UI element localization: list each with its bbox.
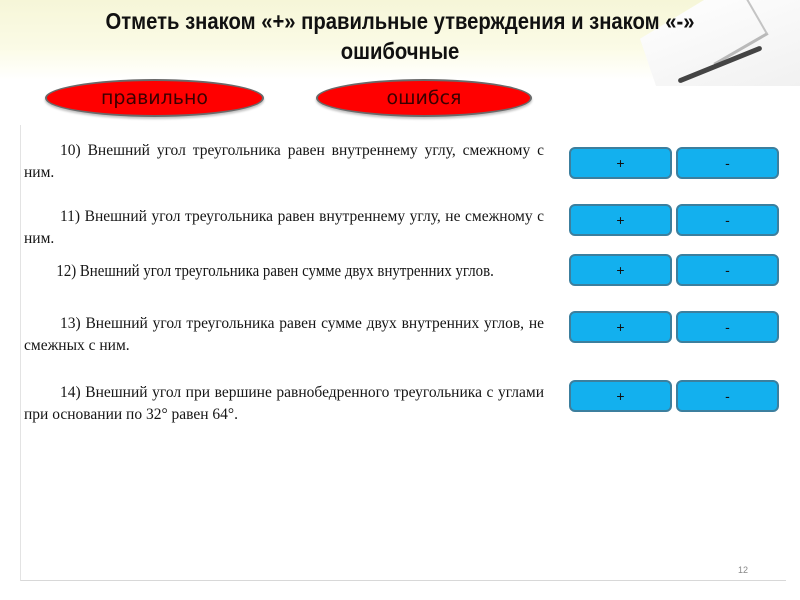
wrong-label: ошибся (387, 87, 462, 109)
statement-11: 11) Внешний угол треугольника равен внут… (24, 206, 544, 250)
title-line-1: Отметь знаком «+» правильные утверждения… (48, 6, 752, 36)
wrong-feedback-badge: ошибся (316, 79, 532, 117)
plus-button-14[interactable]: + (569, 380, 672, 412)
minus-button-12[interactable]: - (676, 254, 779, 286)
minus-button-10[interactable]: - (676, 147, 779, 179)
minus-button-14[interactable]: - (676, 380, 779, 412)
title-line-2: ошибочные (341, 38, 460, 64)
minus-button-13[interactable]: - (676, 311, 779, 343)
statement-14: 14) Внешний угол при вершине равнобедрен… (24, 382, 544, 426)
plus-button-12[interactable]: + (569, 254, 672, 286)
correct-feedback-badge: правильно (45, 79, 264, 117)
statement-10: 10) Внешний угол треугольника равен внут… (24, 140, 544, 184)
page-title: Отметь знаком «+» правильные утверждения… (48, 6, 752, 66)
minus-button-11[interactable]: - (676, 204, 779, 236)
statement-13: 13) Внешний угол треугольника равен сумм… (24, 313, 544, 357)
page-number: 12 (738, 565, 748, 575)
correct-label: правильно (101, 87, 208, 109)
plus-button-11[interactable]: + (569, 204, 672, 236)
plus-button-13[interactable]: + (569, 311, 672, 343)
statement-12: 12) Внешний угол треугольника равен сумм… (24, 260, 546, 282)
plus-button-10[interactable]: + (569, 147, 672, 179)
